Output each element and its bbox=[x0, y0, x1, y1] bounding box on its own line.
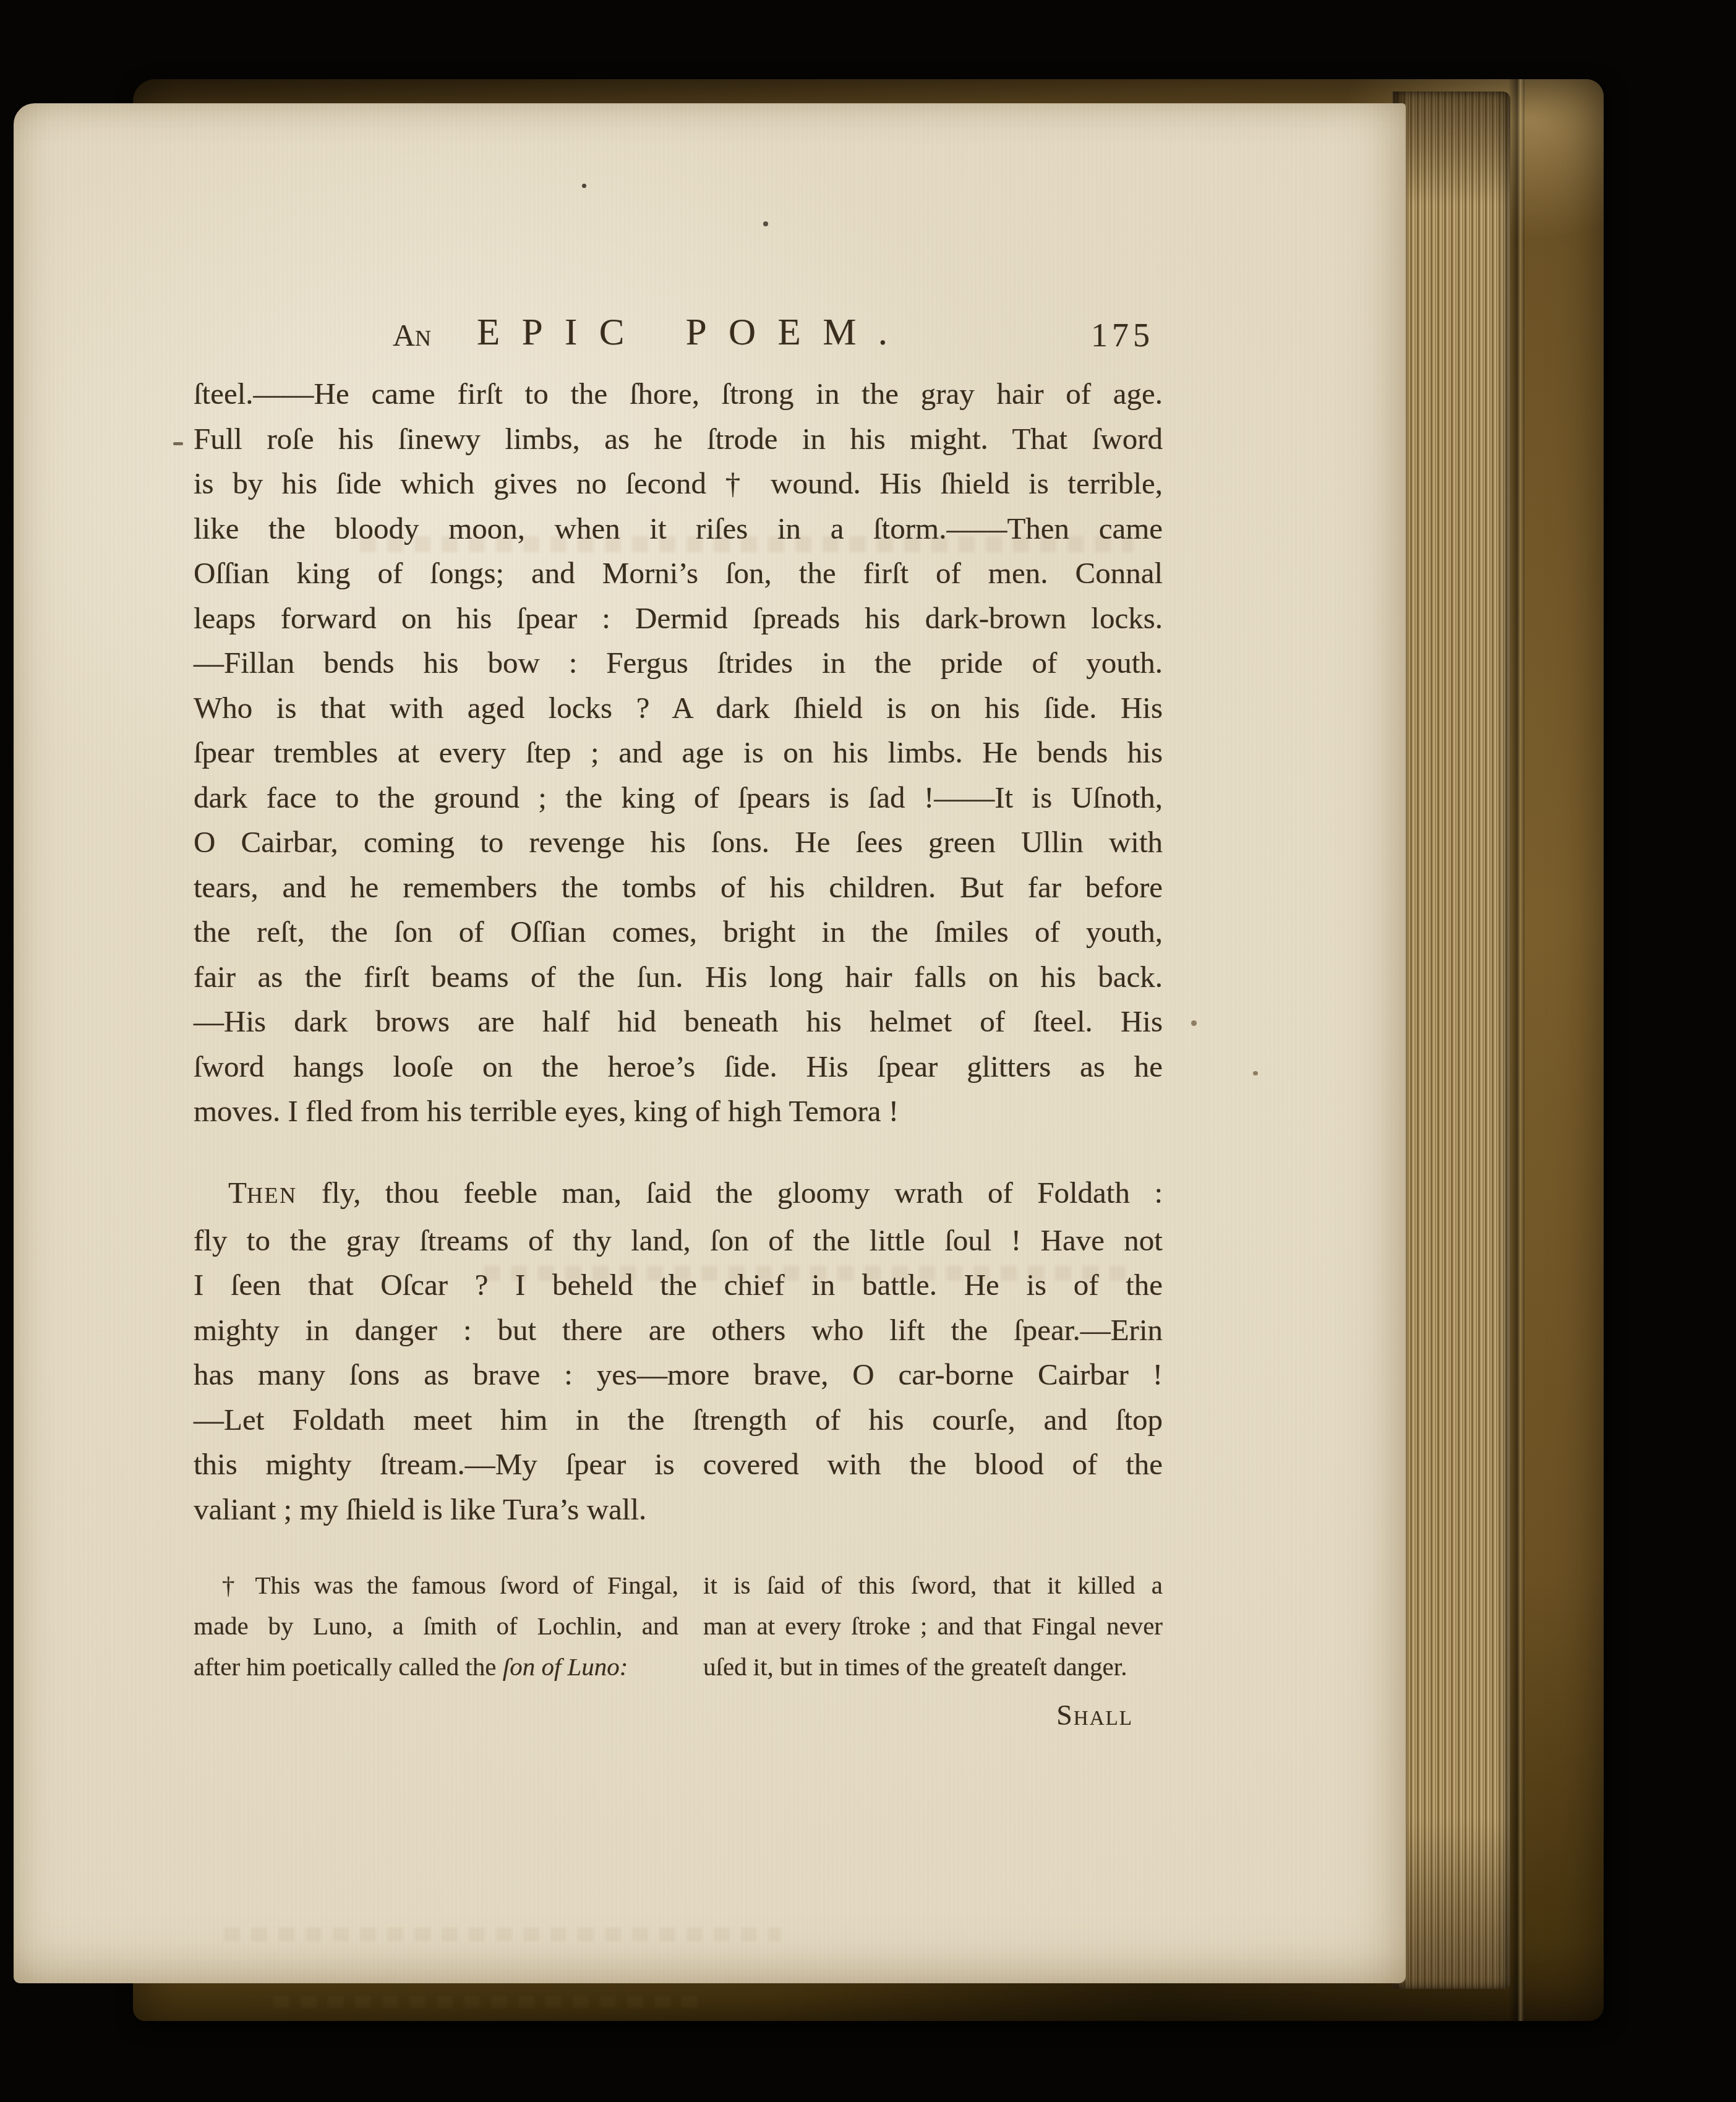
footnote-text-line: made by Luno, a ſmith of Lochlin, and bbox=[194, 1605, 678, 1646]
book-fore-edge-pages bbox=[1393, 92, 1510, 1989]
header-title: EPIC POEM. bbox=[477, 311, 909, 354]
body-text-line: Who is that with aged locks ? A dark ſhi… bbox=[194, 686, 1163, 731]
text-block: AN EPIC POEM. 175 ſteel.——He came firſt … bbox=[194, 103, 1163, 1983]
drop-cap: T bbox=[228, 1176, 247, 1210]
paragraph-2: THEN fly, thou feeble man, ſaid the gloo… bbox=[194, 1171, 1163, 1532]
footnote-text-line: man at every ſtroke ; and that Fingal ne… bbox=[703, 1605, 1163, 1646]
body-text-line: this mighty ſtream.—My ſpear is covered … bbox=[194, 1442, 1163, 1487]
footnote-column-left: † This was the famous ſword of Fingal, m… bbox=[194, 1565, 678, 1687]
footnote: † This was the famous ſword of Fingal, m… bbox=[194, 1565, 1163, 1687]
header-article-cap: A bbox=[393, 318, 415, 352]
body-text-line: mighty in danger : but there are others … bbox=[194, 1308, 1163, 1353]
body-text-line: Oſſian king of ſongs; and Morni’s ſon, t… bbox=[194, 551, 1163, 596]
footnote-columns: † This was the famous ſword of Fingal, m… bbox=[194, 1565, 1163, 1687]
body-text-line: —His dark brows are half hid beneath his… bbox=[194, 999, 1163, 1045]
italic-phrase: ſon of Luno: bbox=[503, 1652, 628, 1681]
header-article-label: AN bbox=[393, 317, 432, 353]
body-text-line: ſword hangs looſe on the heroe’s ſide. H… bbox=[194, 1045, 1163, 1090]
body-text-line: fly to the gray ſtreams of thy land, ſon… bbox=[194, 1218, 1163, 1263]
body-text-line: ſteel.——He came firſt to the ſhore, ſtro… bbox=[194, 372, 1163, 417]
body-text-line: moves. I fled from his terrible eyes, ki… bbox=[194, 1089, 1163, 1134]
footnote-text-line: it is ſaid of this ſword, that it killed… bbox=[703, 1565, 1163, 1605]
paragraph-1: ſteel.——He came firſt to the ſhore, ſtro… bbox=[194, 372, 1163, 1134]
book-page: AN EPIC POEM. 175 ſteel.——He came firſt … bbox=[14, 103, 1406, 1983]
body-text-line: has many ſons as brave : yes—more brave,… bbox=[194, 1352, 1163, 1398]
body-text-line: dark face to the ground ; the king of ſp… bbox=[194, 775, 1163, 821]
body-text-line: is by his ſide which gives no ſecond † w… bbox=[194, 461, 1163, 506]
body-text-line: ſpear trembles at every ſtep ; and age i… bbox=[194, 730, 1163, 775]
running-header: AN EPIC POEM. 175 bbox=[194, 311, 1163, 364]
footnote-column-right: it is ſaid of this ſword, that it killed… bbox=[703, 1565, 1163, 1687]
line-text: fly, thou feeble man, ſaid the gloomy wr… bbox=[297, 1176, 1163, 1210]
page-number: 175 bbox=[1091, 316, 1154, 354]
footnote-text-line: after him poetically called the ſon of L… bbox=[194, 1646, 678, 1687]
catchword-smallcaps: HALL bbox=[1074, 1707, 1133, 1730]
paragraph-2-continued: fly to the gray ſtreams of thy land, ſon… bbox=[194, 1218, 1163, 1532]
body-text-line: O Cairbar, coming to revenge his ſons. H… bbox=[194, 820, 1163, 865]
scanned-book-photo: { "colors":{ "background":"#060504", "le… bbox=[0, 0, 1736, 2102]
paper-speck bbox=[1191, 1020, 1197, 1026]
body-text-line: —Let Foldath meet him in the ſtrength of… bbox=[194, 1398, 1163, 1443]
catchword: SHALL bbox=[1056, 1699, 1133, 1732]
paper-speck bbox=[1253, 1071, 1258, 1075]
body-text-line: the reſt, the ſon of Oſſian comes, brigh… bbox=[194, 910, 1163, 955]
line-text: after him poetically called the bbox=[194, 1652, 503, 1681]
body-text-line: valiant ; my ſhield is like Tura’s wall. bbox=[194, 1487, 1163, 1532]
margin-print-mark bbox=[173, 442, 183, 445]
body-text-line: I ſeen that Oſcar ? I beheld the chief i… bbox=[194, 1263, 1163, 1308]
header-article-smallcap: N bbox=[415, 326, 432, 351]
body-text-line: THEN fly, thou feeble man, ſaid the gloo… bbox=[194, 1171, 1163, 1218]
smallcaps-run: HEN bbox=[247, 1183, 297, 1208]
body-text-line: Full roſe his ſinewy limbs, as he ſtrode… bbox=[194, 417, 1163, 462]
body-text-line: tears, and he remembers the tombs of his… bbox=[194, 865, 1163, 910]
body-text-line: fair as the firſt beams of the ſun. His … bbox=[194, 955, 1163, 1000]
footnote-text-line: uſed it, but in times of the greateſt da… bbox=[703, 1646, 1163, 1687]
body-text-line: —Fillan bends his bow : Fergus ſtrides i… bbox=[194, 641, 1163, 686]
body-text-line: leaps forward on his ſpear : Dermid ſpre… bbox=[194, 596, 1163, 641]
catchword-cap: S bbox=[1056, 1699, 1074, 1731]
body-text-line: like the bloody moon, when it riſes in a… bbox=[194, 506, 1163, 552]
footnote-text-line: † This was the famous ſword of Fingal, bbox=[194, 1565, 678, 1605]
